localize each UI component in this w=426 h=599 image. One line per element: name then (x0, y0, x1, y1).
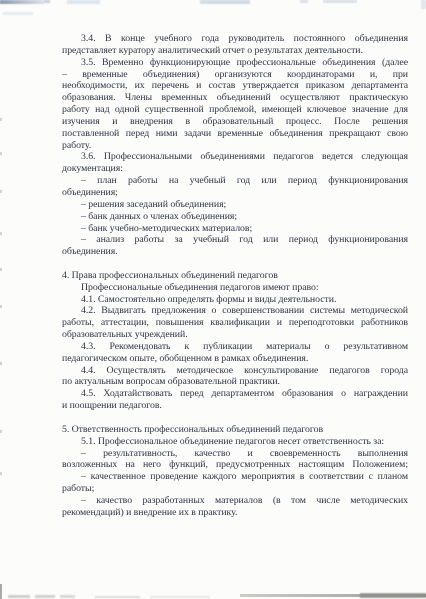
text-line: образования. Члены временных объединений… (62, 92, 408, 104)
scan-artifact-top (3, 12, 33, 15)
text-line: – качественное проведение каждого меропр… (62, 471, 408, 483)
page-edge-shadow (60, 595, 75, 598)
section-heading: 4. Права профессиональных объединений пе… (62, 270, 408, 282)
scan-speck (0, 190, 2, 193)
scan-artifact-top-left (0, 0, 44, 4)
scan-artifact-top (200, 0, 250, 4)
scan-speck (0, 232, 2, 235)
text-line: 3.4. В конце учебного года руководитель … (62, 33, 408, 45)
text-line: 4.4. Осуществлять методическое консульти… (62, 365, 408, 377)
page-edge-shadow (8, 595, 30, 598)
text-line: 4.3. Рекомендовать к публикации материал… (62, 341, 408, 353)
text-line: – банк данных о членах объединения; (62, 211, 408, 223)
scan-speck (0, 305, 2, 308)
text-line: 3.5. Временно функционирующие профессион… (62, 57, 408, 69)
document-text-block: 3.4. В конце учебного года руководитель … (62, 33, 408, 519)
page-edge-shadow-bottom (240, 594, 426, 597)
text-line: поставленной перед ними задачи временные… (62, 128, 408, 140)
text-line: изучения и внедрения в образовательный п… (62, 116, 408, 128)
text-line: – план работы на учебный год или период … (62, 175, 408, 187)
text-line: образовательных учреждений. (62, 329, 408, 341)
text-line: представляет куратору аналитический отче… (62, 45, 408, 57)
scan-artifact-top-right (421, 0, 426, 9)
text-line: – банк учебно-методических материалов; (62, 223, 408, 235)
scan-artifact-top (67, 0, 100, 4)
scan-artifact-top (300, 0, 308, 3)
text-line: – временные объединения) организуются ко… (62, 69, 408, 81)
section-heading: 5. Ответственность профессиональных объе… (62, 424, 408, 436)
text-line: 4.5. Ходатайствовать перед департаментом… (62, 388, 408, 400)
text-line: по актуальным вопросам образовательной п… (62, 376, 408, 388)
text-line: работу над одной существенной проблемой,… (62, 104, 408, 116)
text-line: 4.1. Самостоятельно определять формы и в… (62, 294, 408, 306)
scan-speck (0, 430, 2, 433)
text-line: документация: (62, 163, 408, 175)
scan-speck (0, 152, 2, 155)
page-edge-shadow (150, 596, 210, 598)
scan-artifact-top (323, 0, 357, 3)
scan-speck (0, 268, 2, 271)
text-line: объединения; (62, 187, 408, 199)
text-line: – анализ работы за учебный год или перио… (62, 234, 408, 246)
text-line: необходимости, их перечень и состав утве… (62, 80, 408, 92)
page-edge-shadow-bottom-right (360, 593, 426, 598)
text-line: работу. (62, 140, 408, 152)
text-line: Профессиональные объединения педагогов и… (62, 282, 408, 294)
scan-speck (0, 118, 2, 121)
text-line: педагогическом опыте, обобщенном в рамка… (62, 353, 408, 365)
blank-line (62, 412, 408, 424)
scan-speck (0, 362, 2, 365)
page-edge-shadow (35, 595, 55, 598)
page-edge-left (0, 584, 2, 599)
text-line: 3.6. Профессиональными объединениями пед… (62, 151, 408, 163)
text-line: – качество разработанных материалов (в т… (62, 495, 408, 507)
text-line: работы, аттестации, повышения квалификац… (62, 317, 408, 329)
text-line: – решения заседаний объединения; (62, 199, 408, 211)
text-line: возложенных на него функций, предусмотре… (62, 459, 408, 471)
text-line: – результативность, качество и своевреме… (62, 448, 408, 460)
scanned-document-page: 3.4. В конце учебного года руководитель … (0, 0, 426, 599)
text-line: рекомендаций) и внедрение их в практику. (62, 507, 408, 519)
blank-line (62, 258, 408, 270)
text-line: 4.2. Выдвигать предложения о совершенств… (62, 305, 408, 317)
scan-artifact-top (44, 0, 50, 3)
text-line: и поощрении педагогов. (62, 400, 408, 412)
page-edge-shadow (95, 596, 140, 598)
text-line: объединения. (62, 246, 408, 258)
scan-speck (0, 472, 2, 475)
text-line: 5.1. Профессиональное объединение педаго… (62, 436, 408, 448)
text-line: работы; (62, 483, 408, 495)
